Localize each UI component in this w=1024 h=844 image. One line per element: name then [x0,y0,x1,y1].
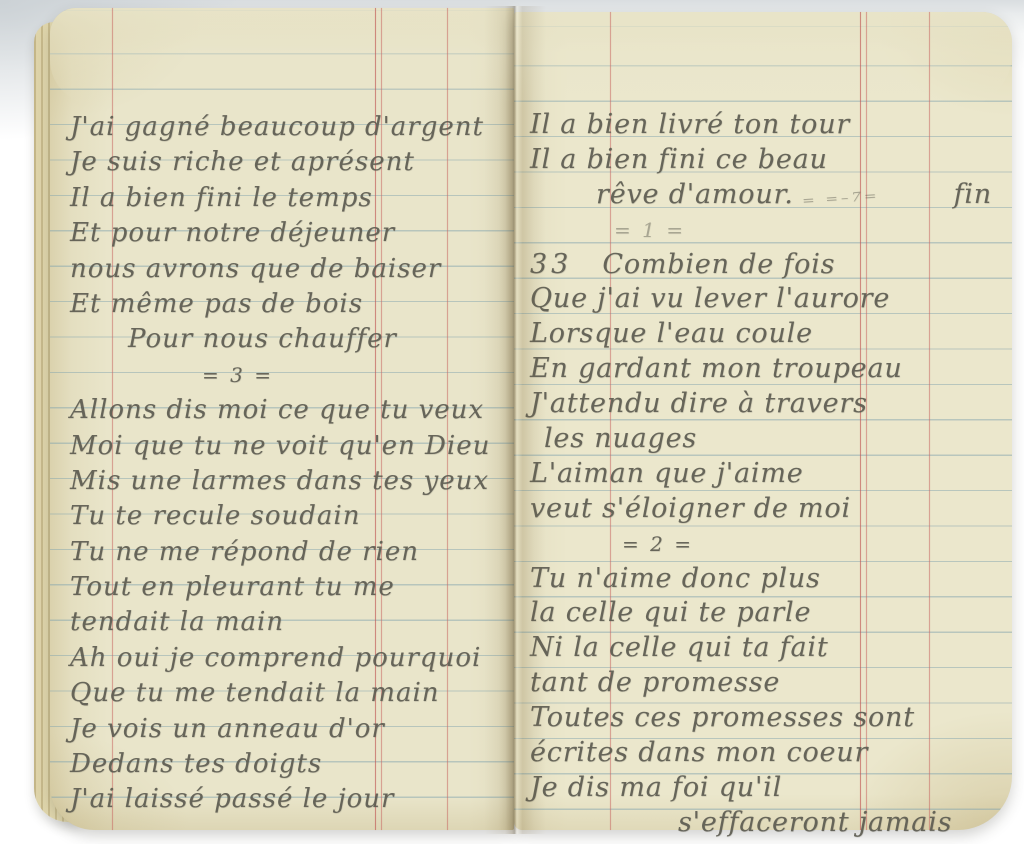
handwriting-line: Dedans tes doigts [70,747,514,782]
handwriting-line: Je vois un anneau d'or [70,712,514,747]
handwriting-line: Il a bien fini le temps [70,181,514,216]
reve-d-amour-text: rêve d'amour. [530,178,794,213]
handwriting-line: Je suis riche et aprésent [70,145,514,180]
notebook-photo: J'ai gagné beaucoup d'argent Je suis ric… [0,0,1024,844]
handwriting-line: tendait la main [70,605,514,640]
left-page: J'ai gagné beaucoup d'argent Je suis ric… [50,8,514,830]
handwriting-line: Mis une larmes dans tes yeux [70,464,514,499]
stanza-marker: = 2 = [530,527,1000,562]
ruling-top-fade [50,8,514,104]
handwriting-line: Tu n'aime donc plus [530,562,1000,597]
handwriting-line: Je dis ma foi qu'il [530,771,1000,806]
handwriting-line: Tu ne me répond de rien [70,535,514,570]
handwriting-line: Et pour notre déjeuner [70,216,514,251]
handwriting-line: la celle qui te parle [530,596,1000,631]
handwriting-line: Moi que tu ne voit qu'en Dieu [70,429,514,464]
handwriting-line: Ni la celle qui ta fait [530,631,1000,666]
handwriting-line: Toutes ces promesses sont [530,701,1000,736]
handwriting-line: Il a bien fini ce beau [530,143,1000,178]
handwriting-line: Lorsque l'eau coule [530,317,1000,352]
handwriting-line: J'attendu dire à travers [530,387,1000,422]
handwriting-line: Pour nous chauffer [70,322,514,357]
handwriting-line: Que j'ai vu lever l'aurore [530,282,1000,317]
handwriting-line: J'ai laissé passé le jour [70,782,514,817]
handwriting-line: rêve d'amour. = =–7= fin [530,178,1000,213]
left-page-handwriting: J'ai gagné beaucoup d'argent Je suis ric… [70,110,514,818]
handwriting-line: Il a bien livré ton tour [530,108,1000,143]
fin-end-word: fin [954,178,992,213]
handwriting-line: En gardant mon troupeau [530,352,1000,387]
handwriting-line: tant de promesse [530,666,1000,701]
stanza-marker: = 3 = [70,358,514,393]
handwriting-line: nous avrons que de baiser [70,252,514,287]
song-number: 33 [530,248,572,283]
handwriting-line: Allons dis moi ce que tu veux [70,393,514,428]
handwriting-line: Tout en pleurant tu me [70,570,514,605]
stanza-marker: = 1 = [530,213,1000,248]
right-page: Il a bien livré ton tour Il a bien fini … [514,12,1012,830]
handwriting-line: J'ai gagné beaucoup d'argent [70,110,514,145]
handwriting-line: Ah oui je comprend pourquoi [70,641,514,676]
handwriting-line: les nuages [530,422,1000,457]
handwriting-line: L'aiman que j'aime [530,457,1000,492]
handwriting-line: s'effaceront jamais [530,806,1000,841]
ruling-top-fade [514,12,1012,108]
handwriting-line: écrites dans mon coeur [530,736,1000,771]
pencil-scribble: = =–7= [801,181,880,216]
song-title: Combien de fois [602,248,835,283]
handwriting-line: Et même pas de bois [70,287,514,322]
right-page-handwriting: Il a bien livré ton tour Il a bien fini … [530,108,1000,841]
song-heading-line: 33 Combien de fois [530,248,1000,283]
handwriting-line: Tu te recule soudain [70,499,514,534]
handwriting-line: Que tu me tendait la main [70,676,514,711]
handwriting-line: veut s'éloigner de moi [530,492,1000,527]
